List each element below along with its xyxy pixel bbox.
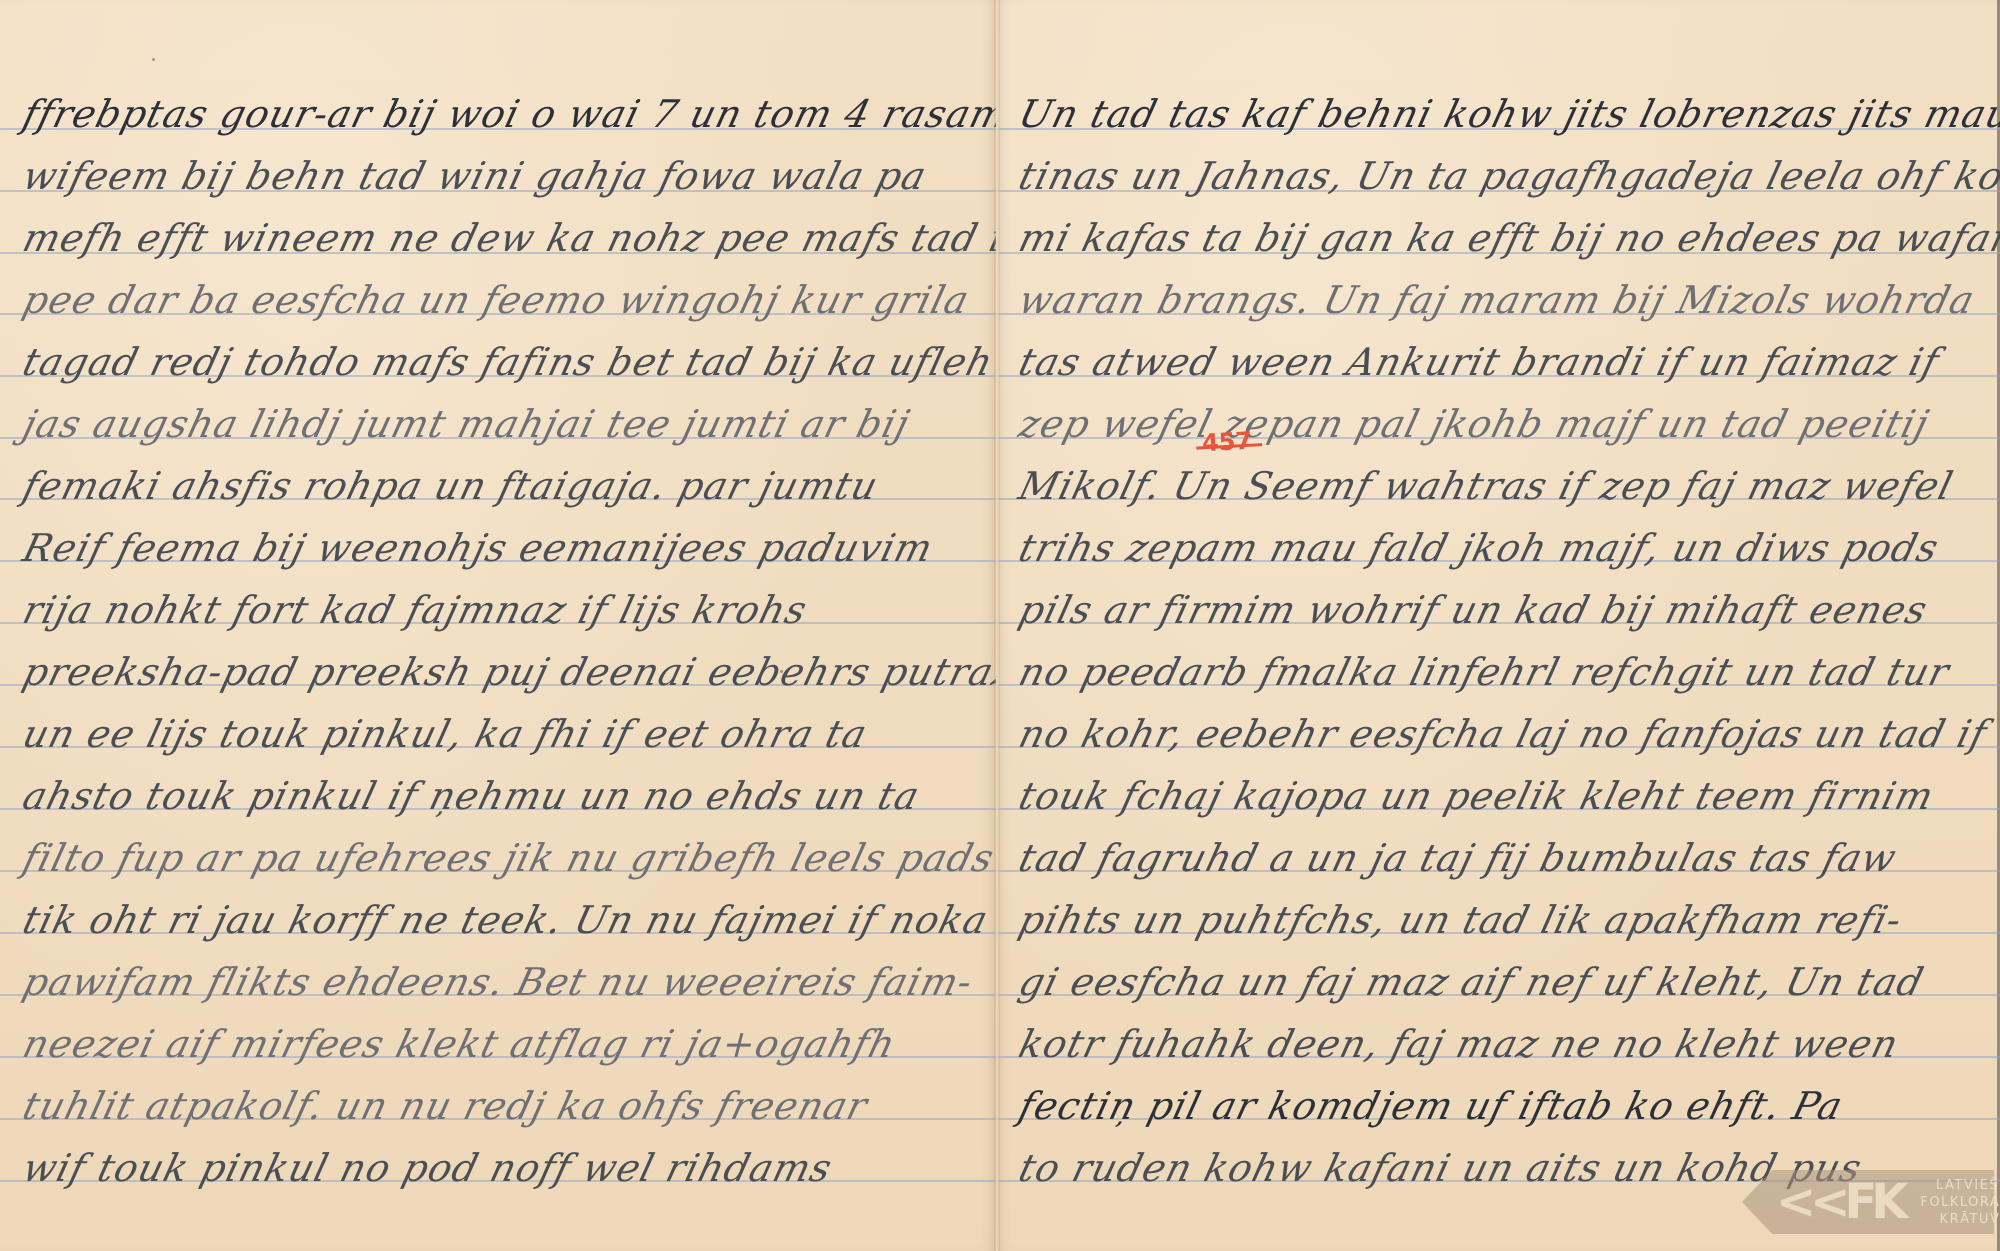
manuscript-spread: ffrebptas gour-ar bij woi o wai 7 un tom…: [0, 0, 2000, 1251]
logo-line-2: FOLKLORAS: [1920, 1194, 2000, 1211]
handwritten-line: femaki ahsfis rohpa un ftaigaja. par jum…: [19, 464, 883, 508]
handwritten-line: pawifam flikts ehdeens. Bet nu weeeireis…: [19, 960, 978, 1004]
paper-speck: [152, 58, 155, 61]
handwritten-line: Un tad tas kaf behni kohw jits lobrenzas…: [1015, 92, 2000, 136]
handwritten-line: Reif feema bij weenohjs eemanijees paduv…: [19, 526, 938, 570]
handwritten-line: preeksha-pad preeksh puj deenai eebehrs …: [19, 650, 996, 694]
handwritten-line: tad fagruhd a un ja taj fij bumbulas tas…: [1015, 836, 1902, 880]
logo-text: LATVIEŠU FOLKLORAS KRĀTUVE: [1920, 1177, 2000, 1228]
handwritten-line: kotr fuhahk deen, faj maz ne no kleht we…: [1015, 1022, 1904, 1066]
handwritten-line: tas atwed ween Ankurit brandi if un faim…: [1015, 340, 1944, 384]
red-archive-number: 457: [1201, 427, 1253, 458]
handwritten-line: pee dar ba eesfcha un feemo wingohj kur …: [19, 278, 975, 322]
handwritten-line: wif touk pinkul no pod noff wel rihdams: [19, 1146, 837, 1190]
archive-watermark-logo: <<FK LATVIEŠU FOLKLORAS KRĀTUVE: [1742, 1170, 1994, 1234]
handwritten-line: waran brangs. Un faj maram bij Mizols wo…: [1015, 278, 1980, 322]
handwritten-line: neezei aif mirfees klekt atflag ri ja+og…: [19, 1022, 901, 1066]
handwritten-line: no kohr, eebehr eesfcha laj no fanfojas …: [1015, 712, 1992, 756]
logo-line-1: LATVIEŠU: [1920, 1177, 2000, 1194]
handwritten-line: wifeem bij behn tad wini gahja fowa wala…: [19, 154, 932, 198]
book-gutter: [994, 0, 1000, 1251]
handwritten-line: no peedarb fmalka linfehrl refchgit un t…: [1015, 650, 1955, 694]
handwritten-line: tik oht ri jau korff ne teek. Un nu fajm…: [19, 898, 994, 942]
handwritten-line: gi eesfcha un faj maz aif nef uf kleht, …: [1015, 960, 1929, 1004]
handwritten-line: touk fchaj kajopa un peelik kleht teem f…: [1015, 774, 1939, 818]
lfk-logo-icon: <<FK: [1776, 1174, 1902, 1230]
left-page: ffrebptas gour-ar bij woi o wai 7 un tom…: [0, 0, 996, 1251]
handwritten-line: tinas un Jahnas, Un ta pagafhgadeja leel…: [1015, 154, 2000, 198]
handwritten-line: rija nohkt fort kad fajmnaz if lijs kroh…: [19, 588, 812, 632]
handwritten-line: zep wefel zepan pal jkohb majf un tad pe…: [1015, 402, 1934, 446]
handwritten-line: un ee lijs touk pinkul, ka fhi if eet oh…: [19, 712, 873, 756]
handwritten-line: Mikolf. Un Seemf wahtras if zep faj maz …: [1015, 464, 1958, 508]
handwritten-line: mefh efft wineem ne dew ka nohz pee mafs…: [19, 216, 996, 260]
handwritten-line: pils ar firmim wohrif un kad bij mihaft …: [1015, 588, 1933, 632]
handwritten-line: ahsto touk pinkul if ņehmu un no ehds un…: [19, 774, 925, 818]
handwritten-line: filto fup ar pa ufehrees jik nu gribefh …: [19, 836, 996, 880]
handwritten-line: jas augsha lihdj jumt mahjai tee jumti a…: [19, 402, 915, 446]
handwritten-line: ffrebptas gour-ar bij woi o wai 7 un tom…: [19, 92, 996, 136]
paper-speck: [780, 670, 783, 673]
handwritten-line: trihs zepam mau fald jkoh majf, un diws …: [1015, 526, 1944, 570]
handwritten-line: pihts un puhtfchs, un tad lik apakfham r…: [1015, 898, 1907, 942]
logo-line-3: KRĀTUVE: [1920, 1211, 2000, 1228]
handwritten-line: fectiņ pil ar komdjem uf iftab ko ehft. …: [1015, 1084, 1848, 1128]
right-page: Un tad tas kaf behni kohw jits lobrenzas…: [996, 0, 2000, 1251]
handwritten-line: mi kafas ta bij gan ka efft bij no ehdee…: [1015, 216, 2000, 260]
handwritten-line: tuhlit atpakolf. un nu redj ka ohfs free…: [19, 1084, 873, 1128]
handwritten-line: to ruden kohw kafani un aits un kohd pus: [1015, 1146, 1867, 1190]
handwritten-line: tagad redj tohdo mafs fafins bet tad bij…: [19, 340, 996, 384]
